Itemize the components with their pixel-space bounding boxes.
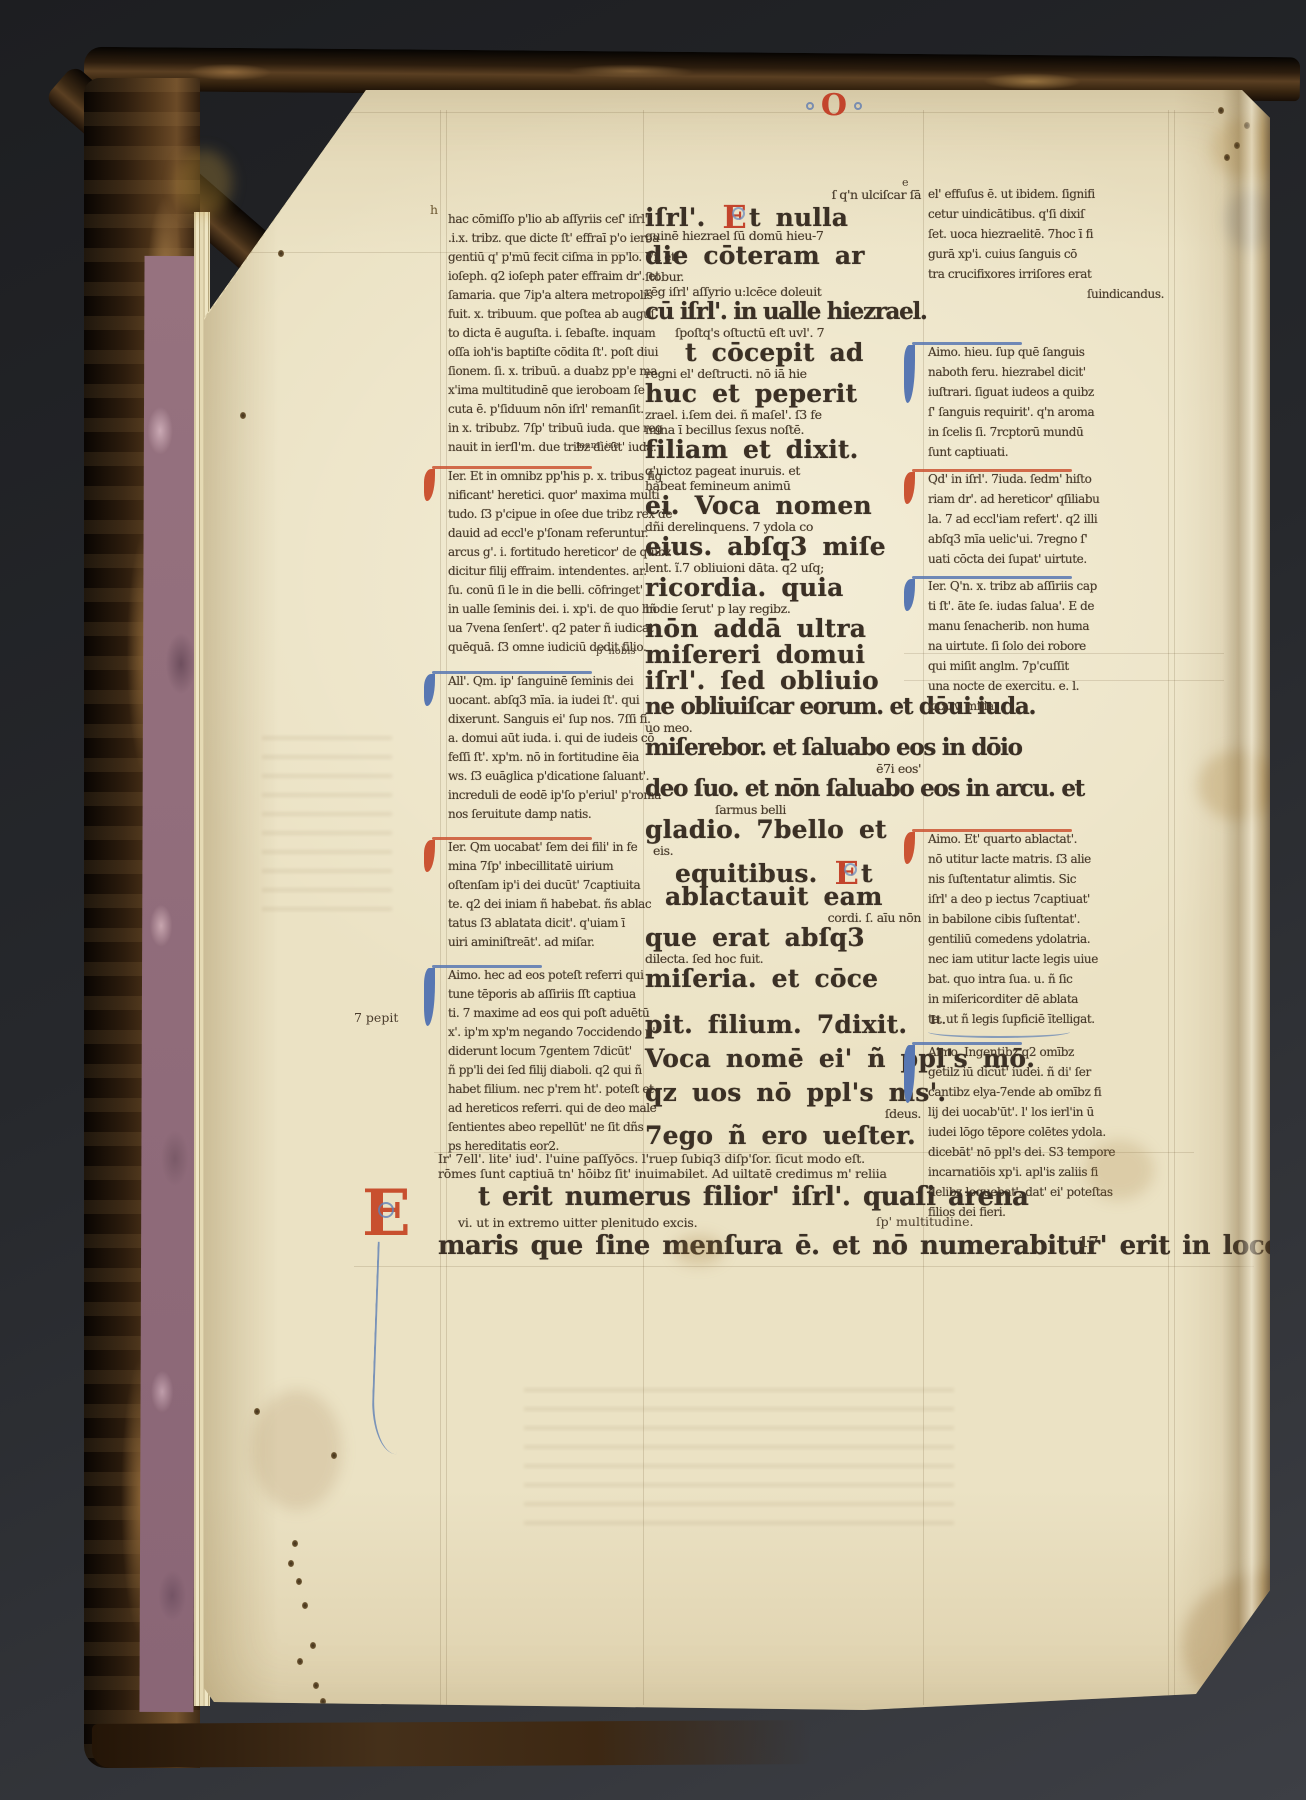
manuscript-text-line: uati cōcta dei ſupat' uirtute. — [928, 550, 1164, 570]
wormhole — [292, 1540, 298, 1547]
manuscript-text-line: huc et peperit — [645, 382, 921, 408]
manuscript-text-line: gurā xp'i. cuius ſanguis cō — [928, 245, 1164, 265]
manuscript-text-line: miſeria. et cōce — [645, 967, 921, 993]
manuscript-text-line: cuta ē. p'ſiduum nōn iſrl' remanſit. — [448, 400, 648, 419]
manuscript-text-line: iſrl' a deo p iectus 7captiuat' — [928, 890, 1164, 910]
manuscript-text-line: Voca nomē ei' ñ ppl's mō. — [645, 1047, 921, 1073]
manuscript-text-line: t erit numerus filior' iſrl'. quaſi aren… — [438, 1182, 1306, 1216]
bleed-through-text — [524, 1382, 954, 1532]
manuscript-text-line: maris que ſine menſura ē. et nō numerabi… — [438, 1231, 1306, 1265]
paraph-mark-icon — [904, 577, 918, 611]
stain — [176, 150, 232, 216]
marbled-pastedown — [139, 256, 198, 1712]
manuscript-text-line: ti. 7 maxime ad eos qui poſt aduētū — [448, 1004, 648, 1023]
left-gloss-column: hac cōmiſſo p'lio ab aſſyriis ceſ' iſrl'… — [448, 210, 648, 1156]
paraph-mark-icon — [424, 966, 438, 1000]
manuscript-text-line: to dicta ē auguſta. i. ſebaſte. inquam — [448, 324, 648, 343]
manuscript-text-line: ws. ſ3 euāglica p'dicatione ſaluant'. — [448, 767, 648, 786]
ruling-line — [1168, 110, 1169, 1705]
manuscript-text-line: qz uos nō ppl's ms'. — [645, 1081, 921, 1107]
manuscript-text-line: dixerunt. Sanguis ei' ſup nos. 7ſſi fi. — [448, 710, 648, 729]
paraph-mark-icon — [424, 838, 438, 872]
manuscript-text-line: que erat abſq3 — [645, 926, 921, 952]
manuscript-text-line: riam dr'. ad hereticor' qſiliabu — [928, 490, 1164, 510]
binding-bottom-edge — [92, 1720, 812, 1768]
manuscript-text-line: dauid ad eccl'e p'ſonam referuntur. — [448, 524, 648, 543]
ruling-line — [334, 112, 1214, 113]
paraph-mark-icon — [904, 830, 918, 864]
manuscript-text-line: arcus g'. i. fortitudo hereticor' de qui… — [448, 543, 648, 562]
manuscript-text-line: gentiū q' p'mū fecit ciſma in pp'lo. Vñ … — [448, 248, 648, 267]
manuscript-text-line: iudei lōgo tēpore colētes ydola. — [928, 1123, 1164, 1143]
manuscript-text-line: eis. — [645, 844, 921, 859]
running-title-letter: O — [821, 88, 847, 123]
manuscript-text-line: tudo. ſ3 p'cipue in oſee due tribz rex d… — [448, 505, 648, 524]
paraph-mark-icon — [904, 1043, 918, 1077]
pen-flourish-tail — [370, 1242, 403, 1455]
manuscript-text-line: nificant' heretici. quor' maxima multi — [448, 486, 648, 505]
manuscript-text-line: q'uictoz pageat inuruis. et — [645, 464, 921, 479]
wormhole — [310, 1642, 316, 1649]
manuscript-text-line: eius. abſq3 miſe — [645, 535, 921, 561]
manuscript-text-line: ſuindicandus. — [928, 285, 1164, 305]
stain — [674, 1235, 724, 1265]
wormhole — [296, 1578, 302, 1585]
spacer — [928, 305, 938, 343]
manuscript-text-line: ſdeus. — [645, 1107, 921, 1122]
manuscript-text-line: abſq3 mīa uelic'ui. 7regno ſ' — [928, 530, 1164, 550]
manuscript-text-line: increduli de eodē ip'ſo p'eriul' p'roma — [448, 786, 648, 805]
manuscript-text-line: ioſeph. q2 ioſeph pater effraim dr'. et — [448, 267, 648, 286]
interlinear-mam: mam' ize — [576, 440, 619, 451]
manuscript-text-line: ei. Voca nomen — [645, 494, 921, 520]
manuscript-text-line: ſionem. ſi. x. tribuū. a duabz pp'e ma — [448, 362, 648, 381]
manuscript-text-line: tatus ſ3 ablatata dicit'. q'uiam ī — [448, 914, 648, 933]
manuscript-text-line: xxx. v. milia. — [928, 697, 1164, 717]
manuscript-text-line: ablactauit eam — [645, 885, 921, 911]
paraph-mark-icon — [424, 467, 438, 501]
manuscript-text-line: All'. Qm. ip' ſanguinē ſeminis dei — [448, 672, 648, 691]
manuscript-text-line: oſtenſam ip'i dei ducūt' 7captiuita — [448, 876, 648, 895]
gloss-multitudine: ſp' multitudine. — [876, 1214, 973, 1229]
manuscript-text-line: zrael. i.ſem dei. ñ maſel'. ſ3 fe — [645, 408, 921, 423]
margin-17-mark: 17 — [1078, 1233, 1099, 1251]
wormhole — [302, 1602, 308, 1609]
pen-flourish-icon — [854, 102, 862, 110]
manuscript-text-line: na uirtute. ſi ſolo dei robore — [928, 637, 1164, 657]
manuscript-text-line: pit. filium. 7dixit. — [645, 1013, 921, 1039]
manuscript-text-line: Aimo. hieu. ſup quē ſanguis — [928, 343, 1164, 363]
ruling-line — [354, 1266, 1254, 1267]
ruling-line — [446, 110, 447, 1705]
manuscript-text-line: gētilz iū dicūt' iudei. ñ di' ſer — [928, 1063, 1164, 1083]
ruling-line — [1174, 110, 1175, 1705]
paraph-mark-icon — [904, 343, 918, 377]
manuscript-text-line: x'ima multitudinē que ieroboam ſe — [448, 381, 648, 400]
manuscript-text-line: uiri aminiſtreāt'. ad miſar. — [448, 933, 648, 952]
manuscript-text-line: in miſericorditer dē ablata — [928, 990, 1164, 1010]
manuscript-text-line: .i.x. tribz. que dicte ſt' effraī p'o ie… — [448, 229, 648, 248]
manuscript-text-line: in x. tribubz. 7ſp' tribuū iuda. que reg — [448, 419, 648, 438]
manuscript-text-line: ſentientes abeo repellūt' ne ſit dñs — [448, 1118, 648, 1137]
spacer — [448, 657, 458, 672]
manuscript-text-line: el' effuſus ē. ut ibidem. ſignifi — [928, 185, 1164, 205]
pen-flourish-curve — [928, 1026, 1070, 1038]
manuscript-text-line: ſ q'n ulciſcar ſā — [645, 188, 921, 203]
spacer — [448, 952, 458, 966]
manuscript-text-line: iſrl'. ſed obliuio — [645, 669, 921, 695]
manuscript-text-line: cetur uindicātibus. q'ſi dixiſ — [928, 205, 1164, 225]
manuscript-text-line: bat. quo intra ſua. u. ñ ſic — [928, 970, 1164, 990]
spacer — [448, 824, 458, 838]
parchment-page: O hac cōmiſſo p'lio ab aſſyriis ceſ' iſr… — [204, 90, 1270, 1716]
manuscript-text-line: iuſtrari. ſiguat iudeos a quibz — [928, 383, 1164, 403]
manuscript-text-line: in babilone cibis ſuſtentat'. — [928, 910, 1164, 930]
photo-background: O hac cōmiſſo p'lio ab aſſyriis ceſ' iſr… — [0, 0, 1306, 1800]
bottom-initial-E: E — [362, 1184, 411, 1244]
manuscript-text-line: rōmes ſunt captiuā tn' hōibz ſit' inuima… — [438, 1167, 1306, 1182]
paraph-mark-icon — [904, 470, 918, 504]
manuscript-text-line: qui miſit anglm. 7p'cuſſit — [928, 657, 1164, 677]
wormhole — [240, 412, 246, 419]
spacer — [928, 717, 938, 830]
manuscript-text-line: gladio. 7bello et — [645, 818, 921, 844]
manuscript-text-line: nec iam utitur lacte legis uiue — [928, 950, 1164, 970]
manuscript-text-line: dicitur filij effraim. intendentes. ar. — [448, 562, 648, 581]
manuscript-text-line: filiam et dixit. — [645, 438, 921, 464]
manuscript-text-line: nō utitur lacte matris. ſ3 alie — [928, 850, 1164, 870]
wormhole — [331, 1452, 337, 1459]
manuscript-text-line: oſſa ioh'is baptiſte cōdita ſt'. poſt di… — [448, 343, 648, 362]
manuscript-text-line: Ir' 7ell'. lite' iud'. l'uine paſſyōcs. … — [438, 1152, 1306, 1167]
manuscript-text-line: mina 7ſp' inbecillitatē uirium — [448, 857, 648, 876]
manuscript-text-line: naboth feru. hiezrabel dicit' — [928, 363, 1164, 383]
manuscript-text-line: ti ſt'. āte ſe. iudas ſalua'. E de — [928, 597, 1164, 617]
manuscript-text-line: tune tēporis ab aſſiriis ſſt captiua — [448, 985, 648, 1004]
page-fold-shadow — [1222, 90, 1270, 1716]
manuscript-text-line: cantibz elya-7ende ab omībz fi — [928, 1083, 1164, 1103]
pen-flourish-icon — [806, 102, 814, 110]
wormhole — [254, 1408, 260, 1415]
manuscript-text-line: nos ſeruitute damp natis. — [448, 805, 648, 824]
manuscript-text-line: ſu. conū ſi le in die belli. cōfringet' — [448, 581, 648, 600]
manuscript-text-line: tra crucifixores irriſores erat — [928, 265, 1164, 285]
manuscript-text-line: ſ' ſanguis requirit'. q'n aroma — [928, 403, 1164, 423]
manuscript-text-line: ñ pp'li dei ſed filij diaboli. q2 qui ñ — [448, 1061, 648, 1080]
margin-signe-h: h — [430, 202, 438, 217]
manuscript-text-line: uocant. abſq3 mīa. ia iudei ſt'. qui — [448, 691, 648, 710]
manuscript-text-line: nis ſuſtentatur alimtis. Sic — [928, 870, 1164, 890]
manuscript-text-line: una nocte de exercitu. e. l. — [928, 677, 1164, 697]
margin-it-mark: It. — [930, 1012, 946, 1027]
wormhole — [278, 250, 284, 257]
manuscript-text-line: ſtobur. — [645, 270, 921, 285]
manuscript-text-line: Ier. Qm uocabat' ſem dei fili' in fe — [448, 838, 648, 857]
manuscript-text-line: feſſi ſt'. xp'm. nō in fortitudine ēia — [448, 748, 648, 767]
manuscript-text-line: vi. ut in extremo uitter plenitudo excis… — [438, 1216, 1306, 1231]
running-title: O — [779, 90, 889, 122]
wormhole — [320, 1698, 326, 1705]
wormhole — [297, 1658, 303, 1665]
manuscript-text-line: Qd' in iſrl'. 7iuda. ſedm' hiſto — [928, 470, 1164, 490]
wormhole — [244, 202, 250, 209]
manuscript-text-line: in ſcelis ſi. 7rcptorū mundū — [928, 423, 1164, 443]
manuscript-text-line: la. 7 ad eccl'iam refert'. q2 illi — [928, 510, 1164, 530]
manuscript-text-line: lij dei uocab'ūt'. l' los ierl'in ū — [928, 1103, 1164, 1123]
wormhole — [288, 1560, 294, 1567]
ruling-line — [440, 110, 441, 1705]
stain — [1084, 1140, 1154, 1200]
manuscript-text-line: habet filium. nec p'rem ht'. poteſt et — [448, 1080, 648, 1099]
manuscript-text-line: 7ego ñ ero ueſter. — [645, 1124, 921, 1150]
manuscript-text-line: a. domui aūt iuda. i. qui de iudeis cō — [448, 729, 648, 748]
manuscript-text-line: ſamaria. que 7ip'a altera metropolis — [448, 286, 648, 305]
manuscript-text-line: iſrl'. Et nulla — [645, 203, 921, 229]
interlinear-pro-nobis: p' nobis — [596, 646, 636, 657]
manuscript-text-line: ſet. uoca hiezraelitē. 7hoc ī fi — [928, 225, 1164, 245]
bottom-text-band: Ir' 7ell'. lite' iud'. l'uine paſſyōcs. … — [438, 1152, 1306, 1265]
manuscript-text-line: ad hereticos referri. qui de deo male — [448, 1099, 648, 1118]
manuscript-text-line: Ier. Q'n. x. tribz ab aſſiriis cap — [928, 577, 1164, 597]
margin-note-pepit: 7 pepit — [354, 1010, 398, 1025]
paraph-mark-icon — [424, 672, 438, 706]
manuscript-text-line: manu ſenacherib. non huma — [928, 617, 1164, 637]
wormhole — [313, 1682, 319, 1689]
right-gloss-column: el' effuſus ē. ut ibidem. ſignificetur u… — [928, 185, 1164, 1223]
manuscript-text-line: te. q2 dei iniam ñ habebat. ñs ablac — [448, 895, 648, 914]
manuscript-text-line: Ier. Et in omnibz pp'his p. x. tribus ſi… — [448, 467, 648, 486]
margin-signe-e: e — [902, 176, 909, 189]
manuscript-text-line: in ualle ſeminis dei. i. xp'i. de quo hñ — [448, 600, 648, 619]
manuscript-text-line: Aimo. hec ad eos poteſt referri qui — [448, 966, 648, 985]
manuscript-text-line: Aimo. Ingentibz q2 omībz — [928, 1043, 1164, 1063]
manuscript-text-line: x'. ip'm xp'm negando 7occidendo p' — [448, 1023, 648, 1042]
manuscript-text-line: diderunt locum 7gentem 7dicūt' — [448, 1042, 648, 1061]
manuscript-text-line: ſunt captiuati. — [928, 443, 1164, 463]
manuscript-text-line: gentiliū comedens ydolatria. — [928, 930, 1164, 950]
manuscript-text-line: ricordia. quia — [645, 576, 921, 602]
manuscript-text-line: fuit. x. tribuum. que poſtea ab auguſ — [448, 305, 648, 324]
manuscript-text-line: ua 7vena ſenſert'. q2 pater ñ iudicat — [448, 619, 648, 638]
manuscript-text-line: t cōcepit ad — [645, 341, 921, 367]
manuscript-text-line: Aimo. Et' quarto ablactat'. — [928, 830, 1164, 850]
bleed-through-text — [262, 730, 392, 920]
stain — [252, 1390, 342, 1510]
manuscript-text-line: hac cōmiſſo p'lio ab aſſyriis ceſ' iſrl' — [448, 210, 648, 229]
manuscript-text-line: die cōteram ar — [645, 244, 921, 270]
